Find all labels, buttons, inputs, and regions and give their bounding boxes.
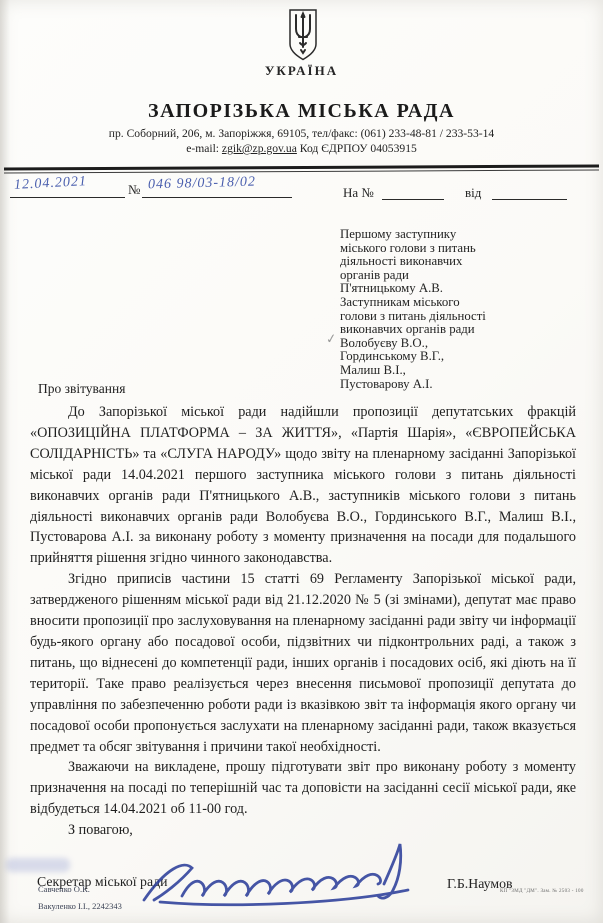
recipient-line: голови з питань діяльності xyxy=(340,310,565,324)
reply-from-date-label: від xyxy=(465,185,481,201)
recipient-line: Пустоварову А.І. xyxy=(340,378,565,392)
body-paragraph: Згідно приписів частини 15 статті 69 Рег… xyxy=(30,569,576,757)
recipient-line: Гординському В.Г., xyxy=(340,350,565,364)
recipient-line: Малиш В.І., xyxy=(340,364,565,378)
country-label: УКРАЇНА xyxy=(0,63,603,79)
ukraine-trident-emblem-icon xyxy=(287,8,319,67)
letter-body: До Запорізької міської ради надійшли про… xyxy=(30,402,576,841)
reply-date-blank xyxy=(492,186,567,200)
scanned-letter-page: УКРАЇНА ЗАПОРІЗЬКА МІСЬКА РАДА пр. Собор… xyxy=(0,0,603,923)
executor-name-1: Савченко О.К. xyxy=(38,884,90,894)
body-paragraph: До Запорізької міської ради надійшли про… xyxy=(30,402,576,569)
organization-name: ЗАПОРІЗЬКА МІСЬКА РАДА xyxy=(0,100,603,123)
print-house-mark: КП "ЗМД "ДМ". Зам. № 2503 - 100 xyxy=(500,889,584,894)
handwritten-checkmark-icon: ✓ xyxy=(325,331,338,347)
recipient-line: діяльності виконавчих xyxy=(340,255,565,269)
number-sign-label: № xyxy=(128,182,140,198)
recipient-line: міського голови з питань xyxy=(340,242,565,256)
email-address: zgik@zp.gov.ua xyxy=(222,142,297,155)
address-line: пр. Соборний, 206, м. Запоріжжя, 69105, … xyxy=(0,127,603,140)
email-line: e-mail: zgik@zp.gov.ua Код ЄДРПОУ 040539… xyxy=(0,142,603,155)
reply-number-blank xyxy=(382,186,444,200)
handwritten-signature xyxy=(140,838,440,913)
number-underline xyxy=(142,184,292,198)
edrpou-code: Код ЄДРПОУ 04053915 xyxy=(297,142,417,155)
subject-line: Про звітування xyxy=(38,381,125,397)
recipient-line: Першому заступнику xyxy=(340,228,565,242)
recipient-line: органів ради xyxy=(340,269,565,283)
body-paragraph: Зважаючи на викладене, прошу підготувати… xyxy=(30,757,576,820)
ink-bleed-artifact xyxy=(6,858,70,872)
recipient-line: виконавчих органів ради xyxy=(340,323,565,337)
recipient-line: Волобуєву В.О., xyxy=(340,337,565,351)
executor-name-2: Вакуленко І.І., 2242343 xyxy=(38,901,122,911)
date-underline xyxy=(10,184,125,198)
reply-to-number-label: На № xyxy=(343,185,374,201)
recipient-address-block: Першому заступнику міського голови з пит… xyxy=(340,228,565,391)
email-label: e-mail: xyxy=(186,142,222,155)
recipient-line: Заступникам міського xyxy=(340,296,565,310)
recipient-line: П'ятницькому А.В. xyxy=(340,282,565,296)
